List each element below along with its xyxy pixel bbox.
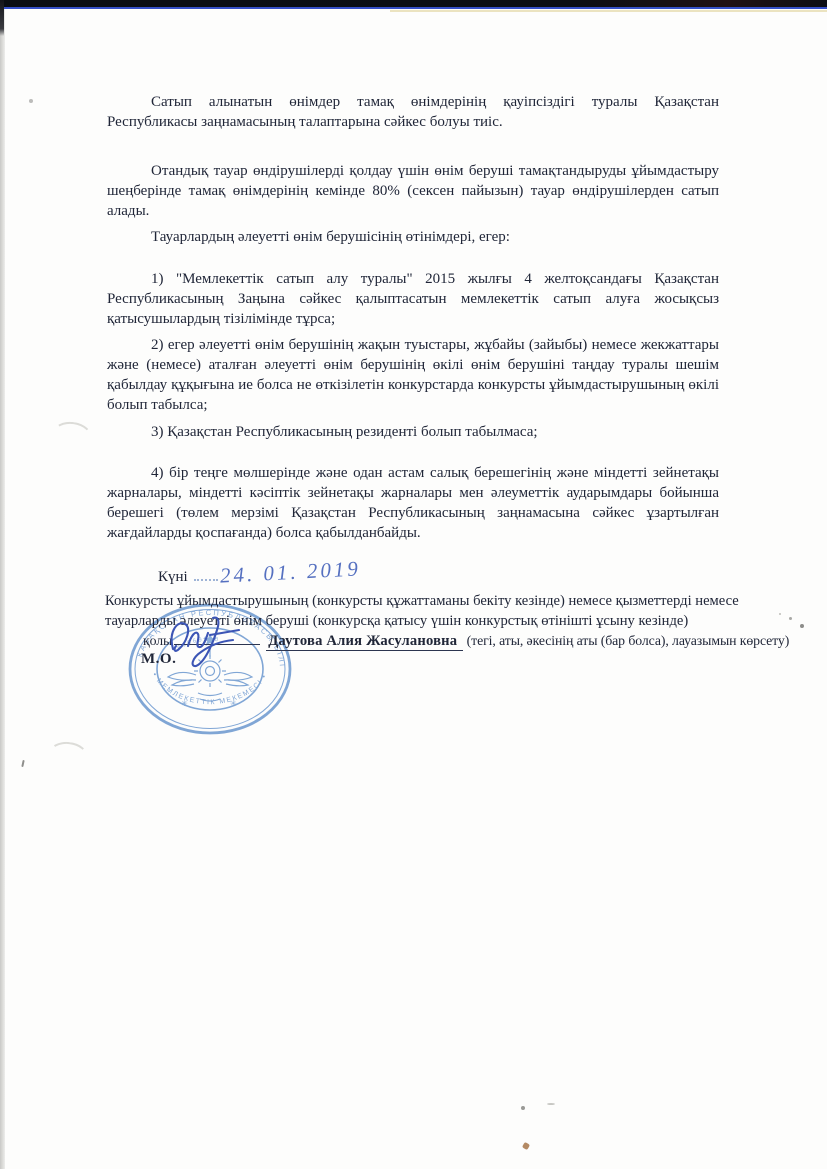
scan-speck	[789, 617, 792, 620]
scan-speck	[779, 613, 781, 615]
paper-crease-arc	[47, 740, 90, 772]
paper-crease-arc	[50, 419, 94, 452]
scan-speck	[21, 760, 24, 767]
scanner-edge-top	[0, 0, 827, 9]
scan-speck	[29, 99, 33, 103]
paragraph-item-2: 2) егер әлеуетті өнім берушінің жақын ту…	[107, 335, 719, 415]
signatory-note: (тегі, аты, әкесінің аты (бар болса), ла…	[467, 633, 790, 648]
svg-text:✳: ✳	[181, 699, 188, 708]
handwritten-signature	[165, 613, 257, 671]
scanned-document-page: { "document": { "paragraphs": [ "Сатып а…	[0, 0, 827, 1169]
date-dotted-leader	[194, 566, 218, 581]
signatory-name: Даутова Алия Жасулановна	[266, 633, 463, 651]
scanner-edge-highlight	[390, 10, 827, 12]
paragraph-domestic-producers: Отандық тауар өндірушілерді қолдау үшін …	[107, 161, 719, 221]
paragraph-applications-intro: Тауарлардың әлеуетті өнім берушісінің өт…	[107, 227, 719, 247]
scanner-corner-shadow	[0, 0, 4, 36]
scanner-edge-left	[0, 0, 5, 1169]
date-label: Күні	[158, 569, 188, 585]
svg-text:✳: ✳	[230, 699, 237, 708]
scan-speck	[521, 1106, 525, 1110]
paragraph-item-4: 4) бір теңге мөлшерінде және одан астам …	[107, 463, 719, 543]
paragraph-item-1: 1) "Мемлекеттік сатып алу туралы" 2015 ж…	[107, 269, 719, 329]
scan-speck	[800, 624, 804, 628]
scan-speck	[547, 1103, 555, 1105]
handwritten-date: 24. 01. 2019	[219, 556, 361, 588]
paragraph-item-3: 3) Қазақстан Республикасының резиденті б…	[107, 422, 719, 442]
scan-speck	[522, 1142, 530, 1150]
date-line: Күні24. 01. 2019	[158, 562, 361, 587]
paragraph-safety-requirements: Сатып алынатын өнімдер тамақ өнімдерінің…	[107, 92, 719, 132]
